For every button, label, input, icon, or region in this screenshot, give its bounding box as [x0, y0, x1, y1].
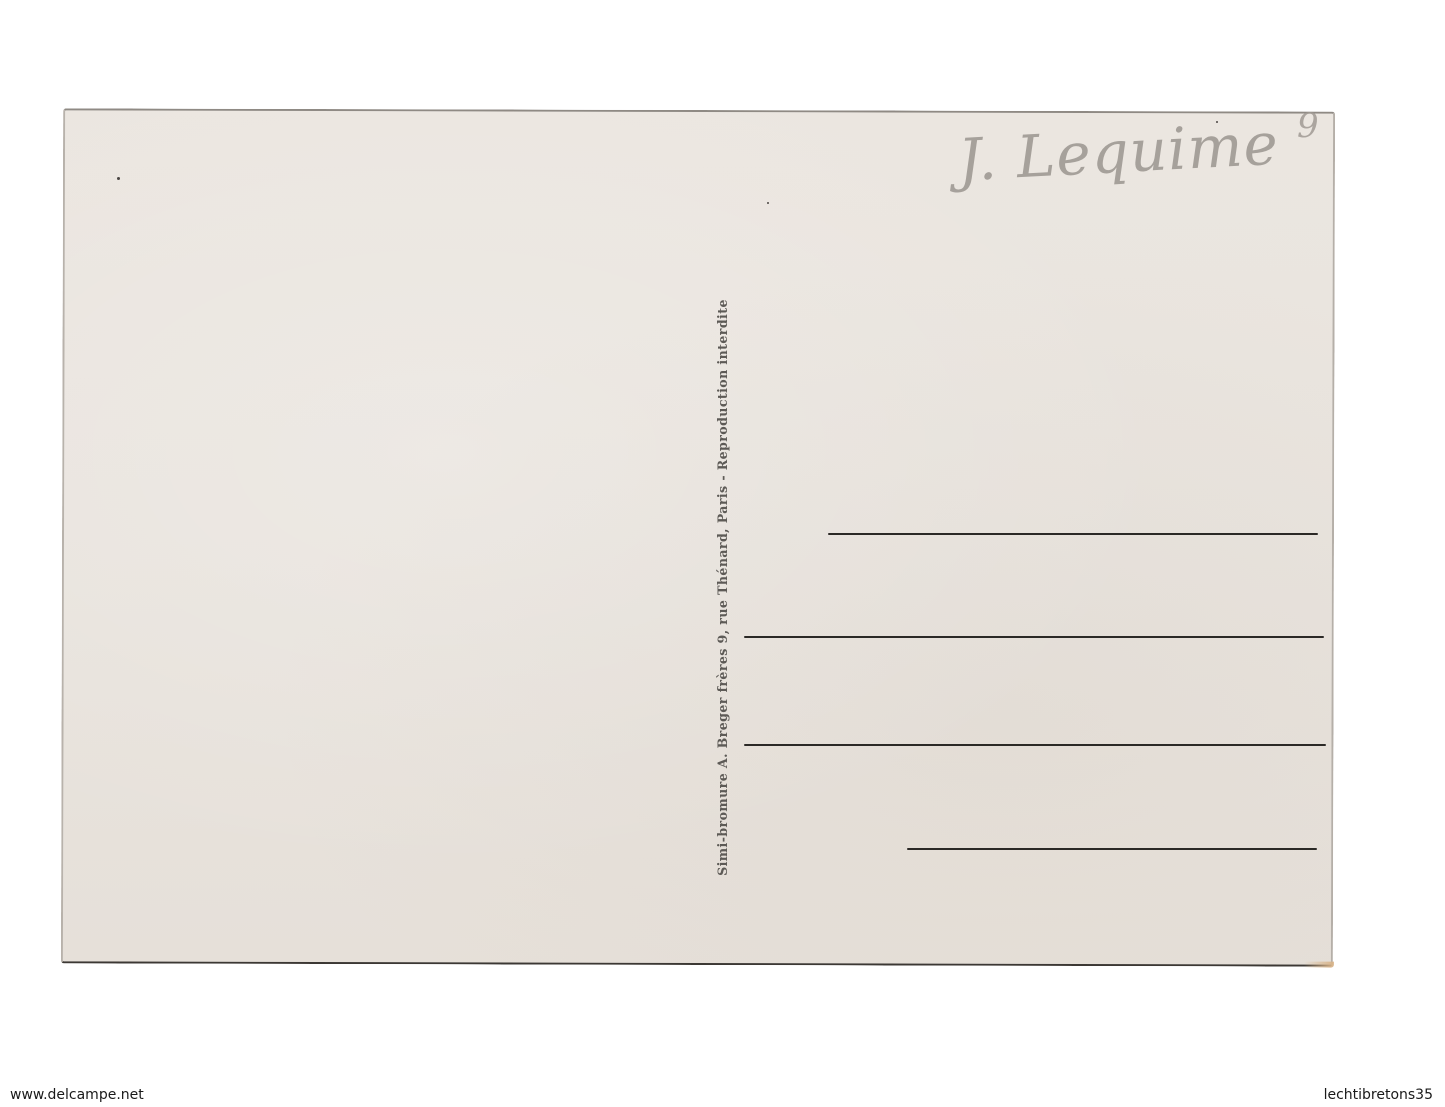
address-line-4 — [907, 848, 1317, 850]
publisher-imprint: Simi-bromure A. Breger frères 9, rue Thé… — [709, 217, 735, 957]
handwritten-number: 9 — [1297, 106, 1319, 146]
paper-speck — [117, 177, 120, 180]
address-line-2 — [744, 636, 1324, 638]
seller-watermark: lechtibretons35 — [1324, 1087, 1433, 1103]
site-watermark: www.delcampe.net — [10, 1087, 144, 1103]
paper-speck — [767, 202, 769, 204]
address-line-3 — [744, 744, 1326, 746]
postcard-back — [61, 108, 1335, 966]
address-line-1 — [828, 533, 1318, 535]
publisher-imprint-text: Simi-bromure A. Breger frères 9, rue Thé… — [715, 299, 730, 876]
